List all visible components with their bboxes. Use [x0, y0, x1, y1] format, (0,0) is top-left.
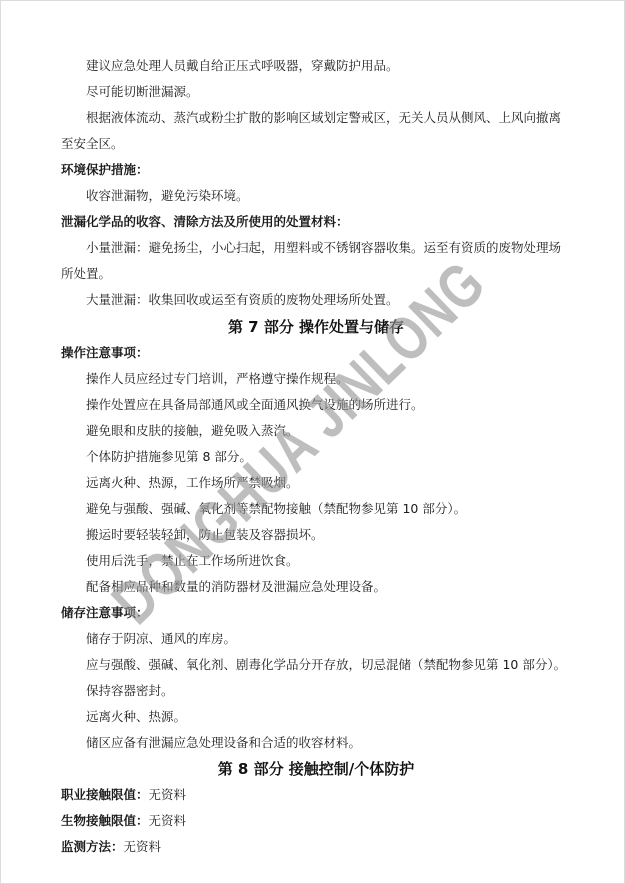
spill-cleanup-item: 大量泄漏：收集回收或运至有资质的废物处理场所处置。	[61, 292, 571, 308]
field-label: 职业接触限值：	[61, 787, 149, 802]
field-label: 生物接触限值：	[61, 813, 149, 828]
env-protection-heading: 环境保护措施：	[61, 162, 571, 178]
document-content: 建议应急处理人员戴自给正压式呼吸器，穿戴防护用品。 尽可能切断泄漏源。 根据液体…	[61, 58, 571, 865]
env-protection-item: 收容泄漏物，避免污染环境。	[61, 188, 571, 204]
document-page: 建议应急处理人员戴自给正压式呼吸器，穿戴防护用品。 尽可能切断泄漏源。 根据液体…	[0, 0, 625, 884]
field-label: 监测方法：	[61, 839, 124, 854]
field-value: 无资料	[149, 813, 187, 828]
storage-item: 远离火种、热源。	[61, 709, 571, 725]
field-value: 无资料	[149, 787, 187, 802]
storage-item: 保持容器密封。	[61, 683, 571, 699]
field-value: 无资料	[124, 839, 162, 854]
spill-cleanup-heading: 泄漏化学品的收容、清除方法及所使用的处置材料：	[61, 214, 571, 230]
handling-item: 使用后洗手，禁止在工作场所进饮食。	[61, 553, 571, 569]
storage-item: 应与强酸、强碱、氧化剂、剧毒化学品分开存放，切忌混储（禁配物参见第 10 部分）…	[61, 657, 571, 673]
handling-item: 避免眼和皮肤的接触，避免吸入蒸汽。	[61, 423, 571, 439]
monitoring-method: 监测方法：无资料	[61, 839, 571, 855]
intro-line: 尽可能切断泄漏源。	[61, 84, 571, 100]
storage-item: 储区应备有泄漏应急处理设备和合适的收容材料。	[61, 735, 571, 751]
handling-item: 操作处置应在具备局部通风或全面通风换气设施的场所进行。	[61, 397, 571, 413]
handling-heading: 操作注意事项：	[61, 345, 571, 361]
occupational-exposure-limit: 职业接触限值：无资料	[61, 787, 571, 803]
handling-item: 操作人员应经过专门培训，严格遵守操作规程。	[61, 371, 571, 387]
handling-item: 远离火种、热源，工作场所严禁吸烟。	[61, 475, 571, 491]
storage-heading: 储存注意事项：	[61, 605, 571, 621]
intro-line: 建议应急处理人员戴自给正压式呼吸器，穿戴防护用品。	[61, 58, 571, 74]
handling-item: 搬运时要轻装轻卸，防止包装及容器损坏。	[61, 527, 571, 543]
spill-cleanup-item: 小量泄漏：避免扬尘，小心扫起，用塑料或不锈钢容器收集。运至有资质的废物处理场所处…	[61, 235, 571, 287]
section-8-title: 第 8 部分 接触控制/个体防护	[61, 759, 571, 779]
section-7-title: 第 7 部分 操作处置与储存	[61, 317, 571, 337]
handling-item: 配备相应品种和数量的消防器材及泄漏应急处理设备。	[61, 579, 571, 595]
handling-item: 个体防护措施参见第 8 部分。	[61, 449, 571, 465]
biological-exposure-limit: 生物接触限值：无资料	[61, 813, 571, 829]
storage-item: 储存于阴凉、通风的库房。	[61, 631, 571, 647]
handling-item: 避免与强酸、强碱、氧化剂等禁配物接触（禁配物参见第 10 部分）。	[61, 501, 571, 517]
intro-line: 根据液体流动、蒸汽或粉尘扩散的影响区域划定警戒区，无关人员从侧风、上风向撤离至安…	[61, 105, 571, 157]
